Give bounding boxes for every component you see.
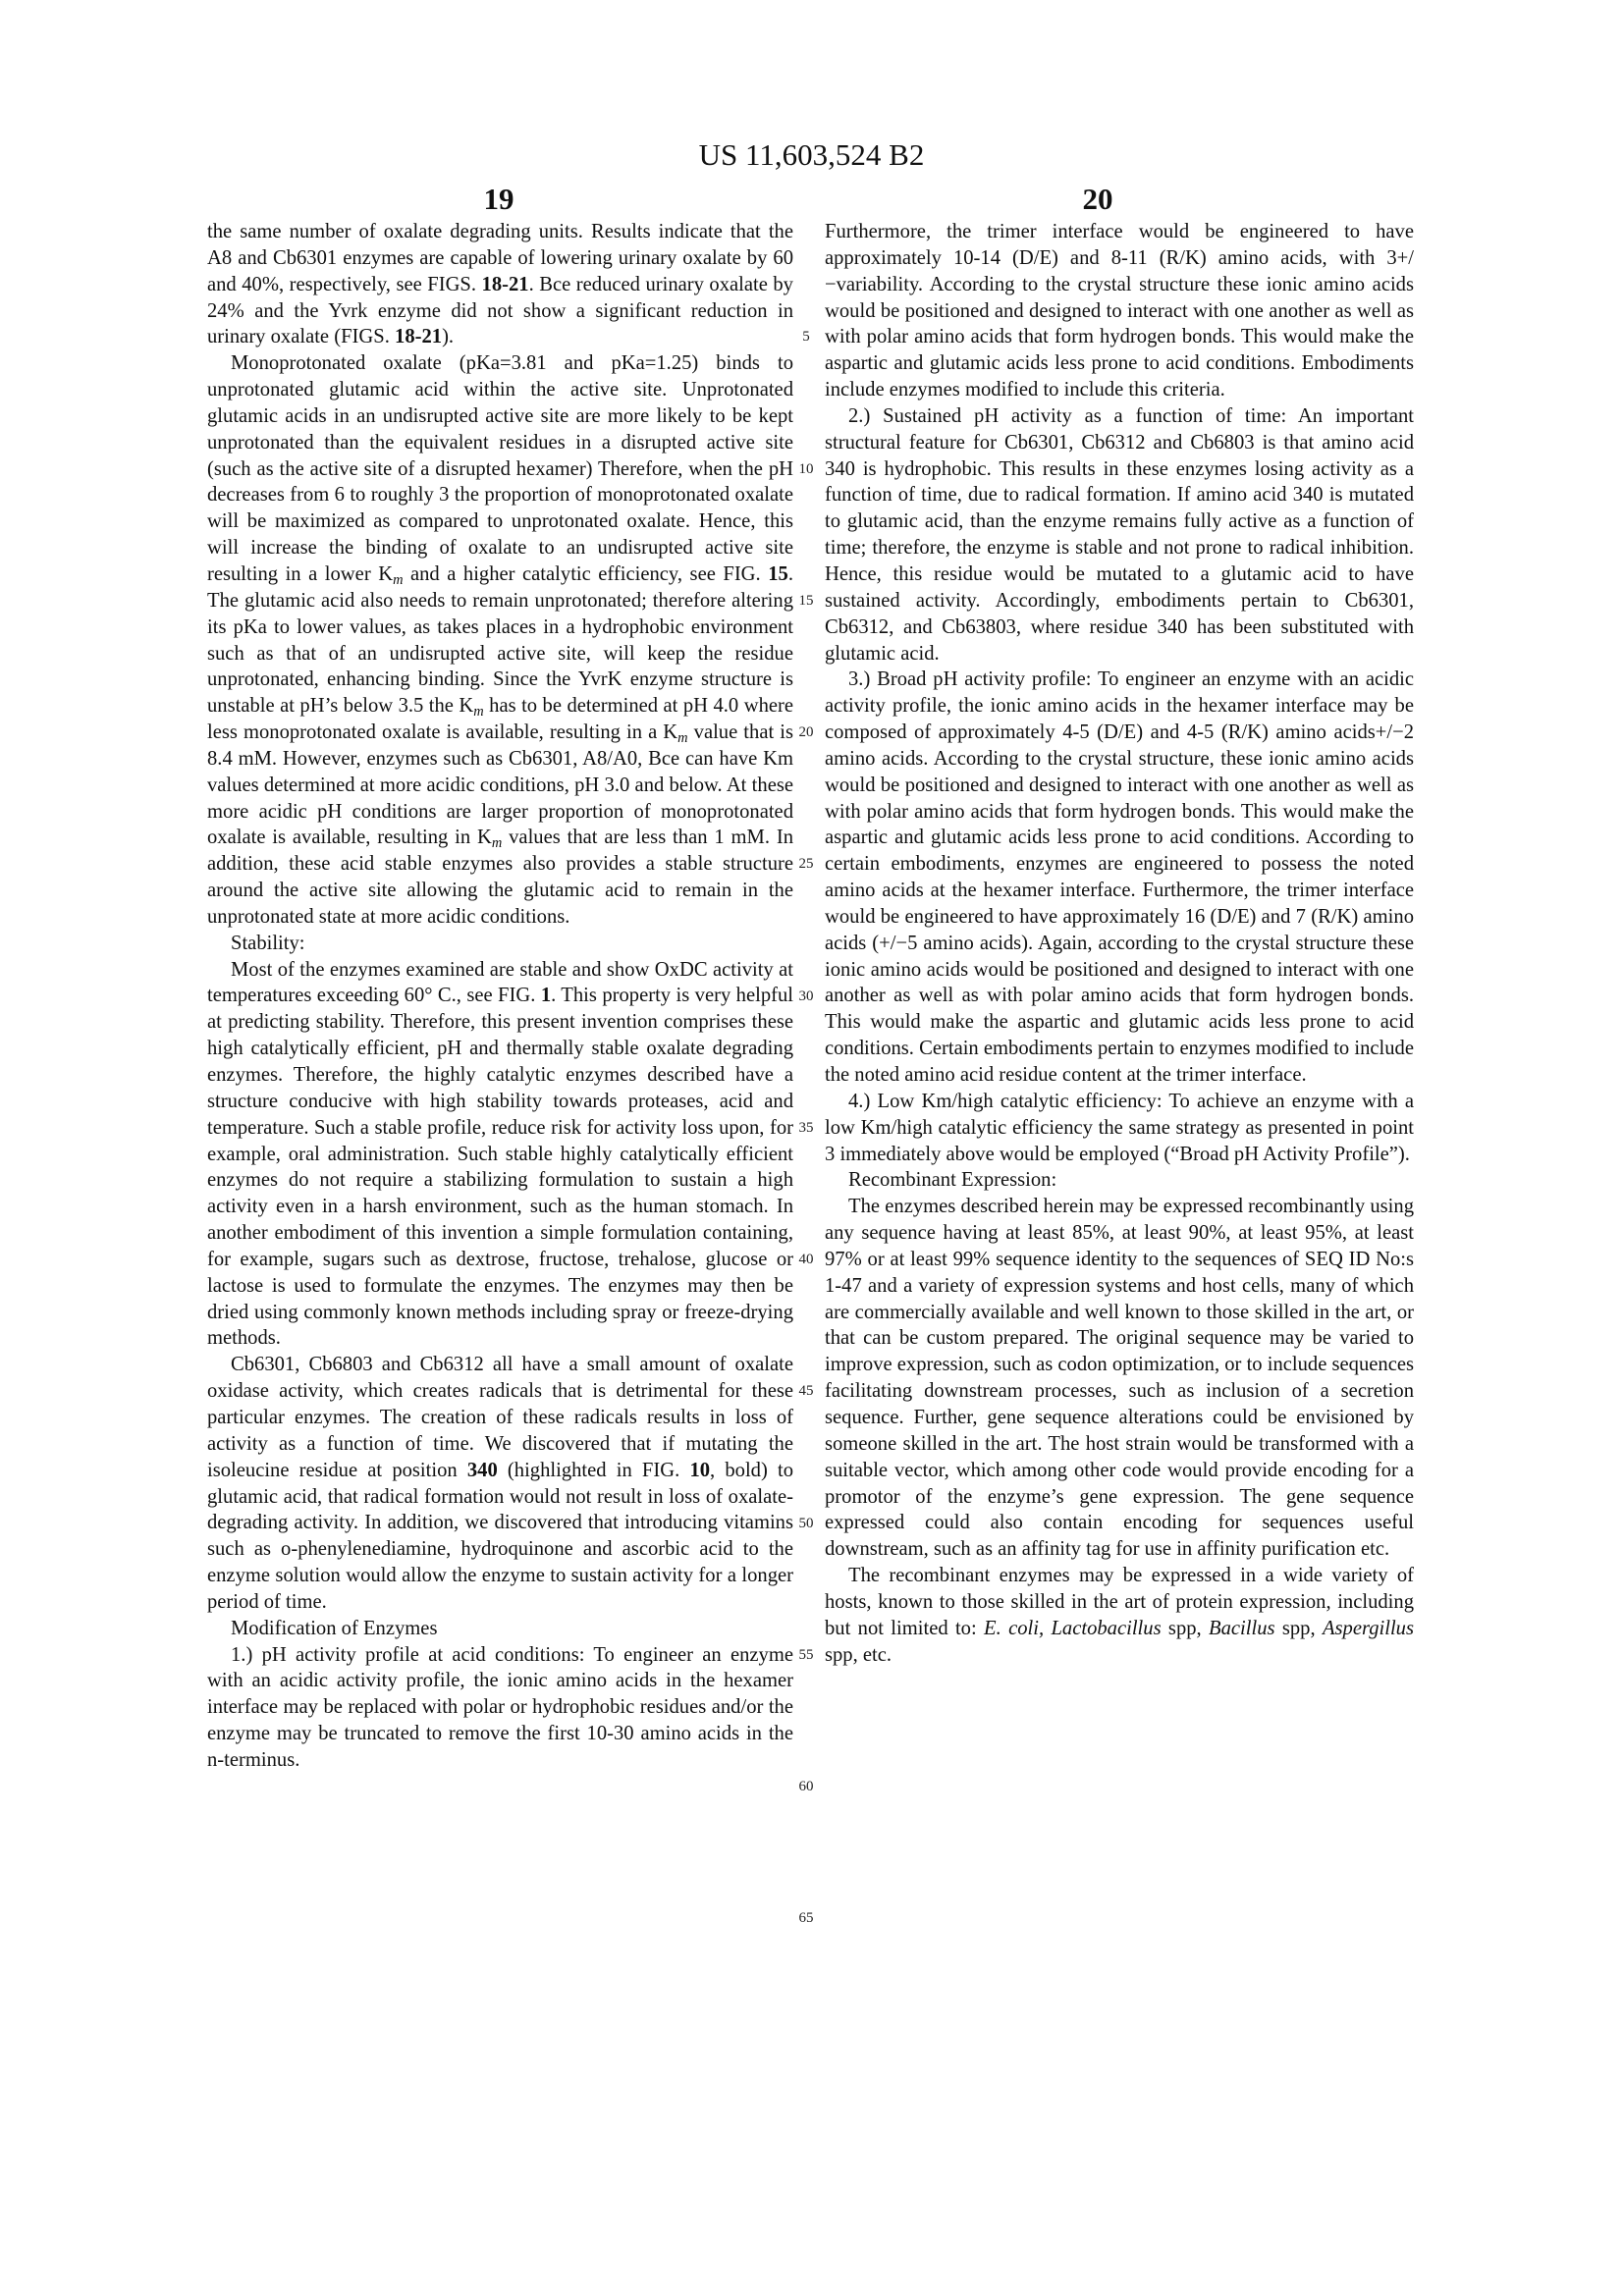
line-number: 45 [791,1383,821,1400]
paragraph-stability: Most of the enzymes examined are stable … [207,957,793,1353]
line-number: 35 [791,1120,821,1137]
line-number: 50 [791,1516,821,1532]
left-column: the same number of oxalate degrading uni… [207,219,793,1774]
paragraph-monoprotonated: Monoprotonated oxalate (pKa=3.81 and pKa… [207,350,793,931]
line-number: 5 [791,329,821,346]
line-number: 15 [791,593,821,610]
column-number-right: 20 [1049,182,1147,217]
paragraph-results: the same number of oxalate degrading uni… [207,219,793,350]
line-number: 25 [791,856,821,873]
line-number: 55 [791,1647,821,1664]
column-number-left: 19 [450,182,548,217]
right-column: Furthermore, the trimer interface would … [825,219,1414,1668]
paragraph-sustained-ph: 2.) Sustained pH activity as a function … [825,403,1414,667]
line-number: 65 [791,1910,821,1927]
line-number: 60 [791,1779,821,1795]
paragraph-trimer: Furthermore, the trimer interface would … [825,219,1414,403]
paragraph-ph-activity: 1.) pH activity profile at acid conditio… [207,1642,793,1774]
paragraph-low-km: 4.) Low Km/high catalytic efficiency: To… [825,1089,1414,1168]
line-number: 10 [791,461,821,478]
paragraph-broad-ph: 3.) Broad pH activity profile: To engine… [825,667,1414,1089]
paragraph-oxidase: Cb6301, Cb6803 and Cb6312 all have a sma… [207,1352,793,1615]
heading-recombinant: Recombinant Expression: [825,1167,1414,1194]
patent-number: US 11,603,524 B2 [0,137,1623,173]
line-number: 20 [791,724,821,741]
line-number: 40 [791,1252,821,1268]
line-number: 30 [791,988,821,1005]
heading-stability: Stability: [207,931,793,957]
paragraph-recombinant: The enzymes described herein may be expr… [825,1194,1414,1563]
paragraph-hosts: The recombinant enzymes may be expressed… [825,1563,1414,1668]
heading-modification: Modification of Enzymes [207,1616,793,1642]
